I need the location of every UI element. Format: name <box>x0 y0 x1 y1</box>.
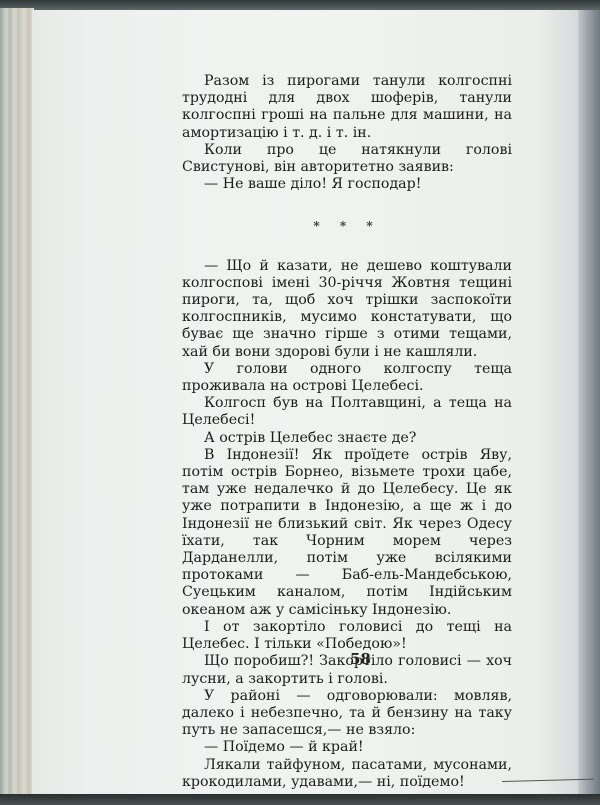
paragraph: У районі — одговорювали: мовляв, далеко … <box>182 688 512 740</box>
paragraph: Колгосп був на Полтавщині, а теща на Цел… <box>182 395 512 429</box>
paragraph: — Не ваше діло! Я господар! <box>182 176 512 193</box>
page-right-edge <box>578 10 600 800</box>
page-number: 58 <box>350 650 371 668</box>
paragraph: У голови одного колгоспу теща проживала … <box>182 361 512 395</box>
paragraph: Лякали тайфуном, пасатами, мусонами, кро… <box>182 757 512 791</box>
section-separator: * * * <box>182 218 512 235</box>
scan-top-edge <box>0 0 600 10</box>
paragraph: І от закортіло головисі до тещі на Целеб… <box>182 619 512 653</box>
paragraph: — Що й казати, не дешево коштували колго… <box>182 258 512 361</box>
paragraph: Коли про це натякнули голові Свистунові,… <box>182 142 512 176</box>
paragraph: Разом із пирогами танули колгоспні трудо… <box>182 73 512 142</box>
body-text: Разом із пирогами танули колгоспні трудо… <box>182 73 512 791</box>
book-binding <box>0 8 34 798</box>
paragraph: В Індонезії! Як проїдете острів Яву, пот… <box>182 447 512 619</box>
paragraph: Що поробиш?! Закортіло головисі — хоч лу… <box>182 653 512 687</box>
scan-bottom-edge <box>0 794 600 805</box>
paragraph: А острів Целебес знаєте де? <box>182 430 512 447</box>
paragraph: — Поїдемо — й край! <box>182 739 512 756</box>
